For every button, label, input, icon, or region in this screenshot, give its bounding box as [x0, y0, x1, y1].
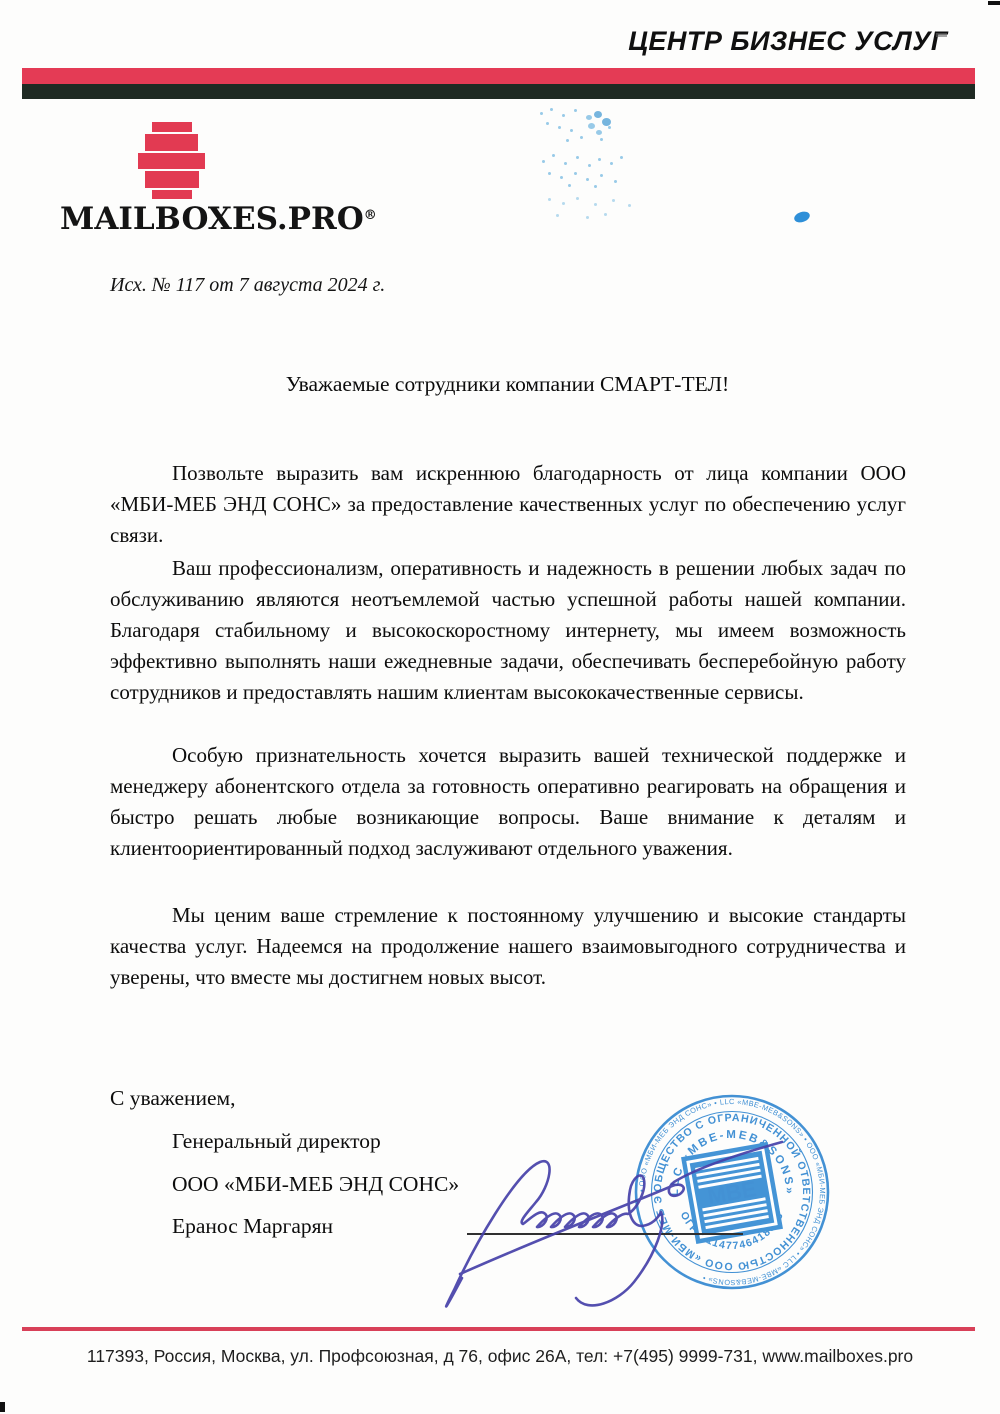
outgoing-reference-line: Исх. № 117 от 7 августа 2024 г. — [110, 274, 385, 297]
paragraph-2: Ваш профессионализм, оперативность и над… — [110, 553, 906, 708]
handwritten-signature — [430, 1128, 810, 1318]
ink-residue-blob — [536, 106, 620, 144]
letter-page: ЦЕНТР БИЗНЕС УСЛУГ MAILBOXES.PRO® Исх. №… — [0, 0, 1000, 1414]
scan-artifact — [0, 1402, 5, 1412]
logo-wordmark: MAILBOXES.PRO® — [60, 201, 377, 237]
company-tagline: ЦЕНТР БИЗНЕС УСЛУГ — [628, 26, 948, 57]
scan-artifact — [936, 33, 947, 37]
signatory-company: ООО «МБИ-МЕБ ЭНД СОНС» — [172, 1172, 459, 1197]
footer-contact-line: 117393, Россия, Москва, ул. Профсоюзная,… — [0, 1346, 1000, 1367]
ink-residue-blob — [546, 194, 642, 224]
registered-mark: ® — [364, 208, 377, 223]
ink-residue-blob — [540, 150, 628, 190]
blue-ink-dot — [793, 210, 811, 224]
footer-red-line — [22, 1327, 975, 1331]
header-red-bar — [22, 68, 975, 84]
header-dark-bar — [22, 84, 975, 99]
closing-phrase: С уважением, — [110, 1086, 236, 1111]
paragraph-1: Позвольте выразить вам искреннюю благода… — [110, 458, 906, 551]
signatory-name: Еранос Маргарян — [172, 1214, 333, 1239]
scan-artifact — [988, 1, 1000, 5]
mailboxes-logo-icon — [138, 122, 205, 201]
signatory-title: Генеральный директор — [172, 1129, 381, 1154]
paragraph-4: Мы ценим ваше стремление к постоянному у… — [110, 900, 906, 993]
logo-wordmark-text: MAILBOXES.PRO — [60, 201, 364, 237]
paragraph-3: Особую признательность хочется выразить … — [110, 740, 906, 864]
salutation: Уважаемые сотрудники компании СМАРТ-ТЕЛ! — [110, 372, 905, 397]
